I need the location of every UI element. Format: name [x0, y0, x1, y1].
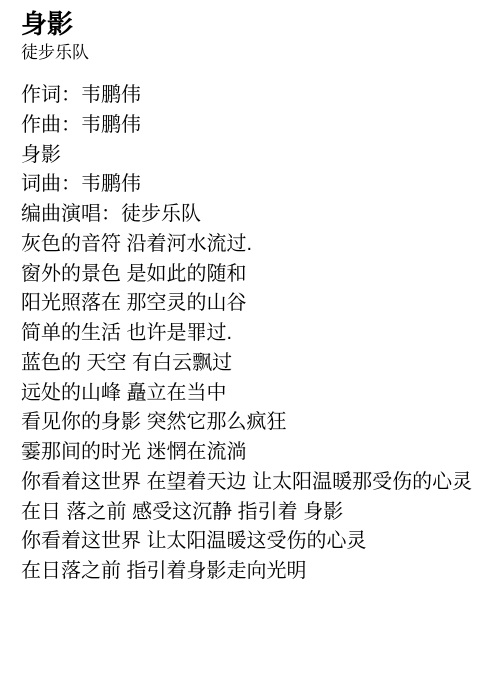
- lyric-line: 简单的生活 也许是罪过.: [21, 319, 492, 349]
- lyric-line: 词曲：韦鹏伟: [21, 170, 492, 200]
- lyric-line: 你看着这世界 在望着天边 让太阳温暖那受伤的心灵: [21, 468, 492, 498]
- lyric-line: 窗外的景色 是如此的随和: [21, 260, 492, 290]
- lyric-line: 在日落之前 指引着身影走向光明: [21, 557, 492, 587]
- lyrics-body: 作词：韦鹏伟作曲：韦鹏伟身影词曲：韦鹏伟编曲演唱：徒步乐队灰色的音符 沿着河水流…: [21, 81, 492, 587]
- lyric-line: 蓝色的 天空 有白云飘过: [21, 349, 492, 379]
- lyric-line: 身影: [21, 141, 492, 171]
- lyric-line: 作词：韦鹏伟: [21, 81, 492, 111]
- lyric-line: 看见你的身影 突然它那么疯狂: [21, 408, 492, 438]
- lyric-line: 远处的山峰 矗立在当中: [21, 379, 492, 409]
- song-title: 身影: [21, 8, 492, 40]
- lyric-line: 作曲：韦鹏伟: [21, 111, 492, 141]
- lyric-line: 在日 落之前 感受这沉静 指引着 身影: [21, 498, 492, 528]
- lyric-line: 阳光照落在 那空灵的山谷: [21, 289, 492, 319]
- artist-name: 徒步乐队: [21, 43, 492, 63]
- lyric-line: 灰色的音符 沿着河水流过.: [21, 230, 492, 260]
- lyrics-page: 身影 徒步乐队 作词：韦鹏伟作曲：韦鹏伟身影词曲：韦鹏伟编曲演唱：徒步乐队灰色的…: [0, 0, 500, 587]
- lyric-line: 编曲演唱：徒步乐队: [21, 200, 492, 230]
- lyric-line: 霎那间的时光 迷惘在流淌: [21, 438, 492, 468]
- lyric-line: 你看着这世界 让太阳温暖这受伤的心灵: [21, 527, 492, 557]
